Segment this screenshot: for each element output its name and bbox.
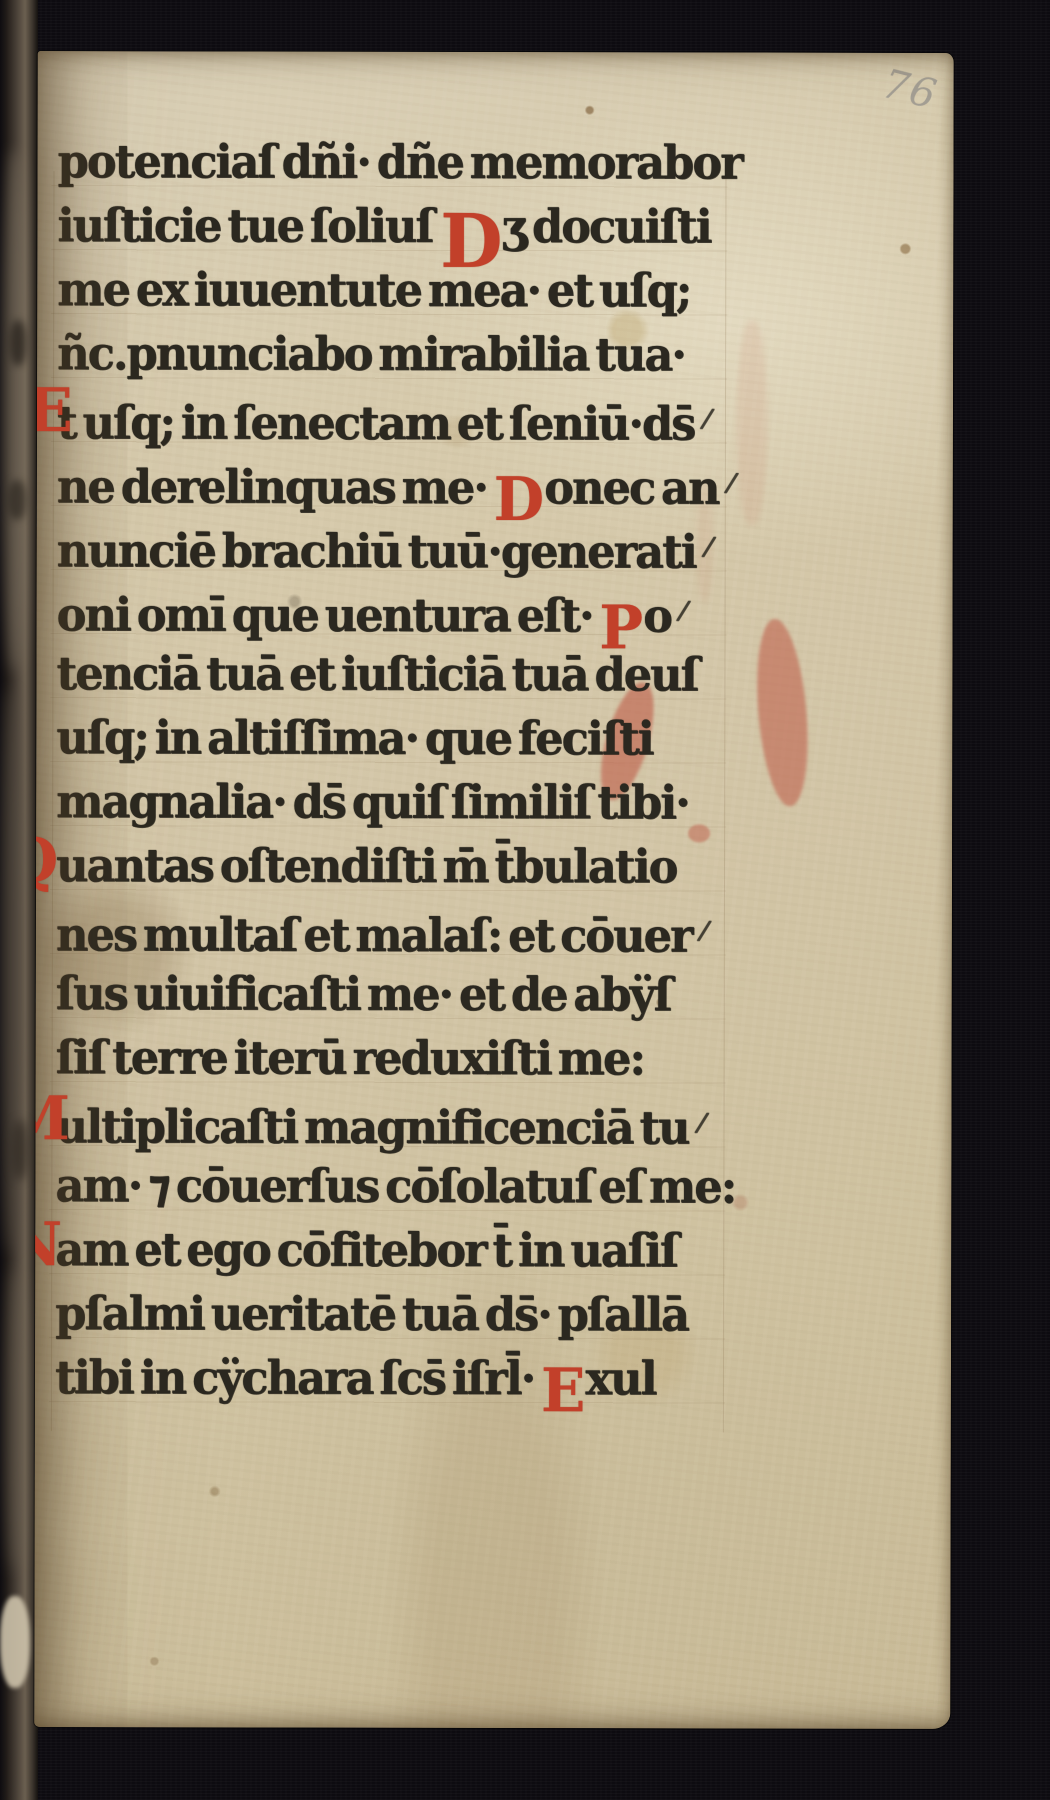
line-end-hyphen: / — [717, 451, 746, 515]
text-segment: nes multaſ et malaſ: et cōuer — [56, 907, 692, 962]
margin-rubric-initial-N: N — [34, 1215, 62, 1275]
text-line-1: potenciaſ dñi· dñe memorabor — [57, 129, 705, 194]
text-segment: tibi in cÿchara ſcs̄ iſrl̄· — [55, 1350, 534, 1405]
text-line-2: iuſticie tue ſoliuſDʒ docuiſti — [57, 193, 705, 258]
text-segment: me ex iuuentute mea· et uſq; — [57, 262, 690, 317]
stacked-pages-strip — [0, 0, 38, 1800]
margin-rubric-initial-M: M — [34, 1089, 70, 1149]
margin-rubric-initial-E: E — [34, 381, 73, 441]
text-segment: nunciē brachiū tuū·generati — [57, 523, 696, 578]
line-end-hyphen: / — [687, 1090, 716, 1154]
line-end-hyphen: / — [690, 898, 719, 962]
text-segment: uantas oſtendiſti m̄ t̄bulatio — [56, 838, 676, 893]
text-line-14: ſus uiuificaſti me· et de abÿſ — [56, 961, 704, 1026]
leaf-corner-below — [0, 1596, 30, 1688]
text-segment: ñc.pnunciabo mirabilia tua· — [57, 326, 685, 381]
line-end-hyphen: / — [670, 578, 699, 642]
text-line-11: magnalia· ds̄ quiſ ſimiliſ tibi· — [56, 769, 704, 834]
leaf-edge-shadow — [10, 320, 26, 366]
text-segment: uſq; in altiſſima· que feciſti — [56, 710, 652, 765]
leaf-edge-shadow — [12, 1120, 28, 1180]
text-line-6: ne derelinquas me·Donec an/ — [57, 449, 705, 514]
text-line-5: t uſq; in ſenectam et ſeniū·ds̄/ — [57, 385, 705, 450]
photograph-background: { "page": { "folio_number": "76", "lines… — [0, 0, 1050, 1800]
text-line-3: me ex iuuentute mea· et uſq; — [57, 257, 705, 322]
text-segment: tenciā tuā et iuſticiā tuā deuſ — [56, 646, 697, 701]
text-line-19: pſalmi ueritatē tuā ds̄· pſallā — [55, 1281, 703, 1346]
text-segment: ſus uiuificaſti me· et de abÿſ — [56, 966, 671, 1021]
ruling-line-vertical-right — [723, 172, 727, 1432]
text-segment: oni omī que uentura eſt· — [57, 587, 593, 642]
text-line-4: ñc.pnunciabo mirabilia tua· — [57, 321, 705, 386]
leaf-edge-shadow — [8, 480, 26, 520]
text-segment: ſiſ terre iterū reduxiſti me: — [56, 1030, 644, 1085]
text-segment: onec an — [544, 460, 718, 514]
text-line-8: oni omī que uentura eſt·Po/ — [57, 577, 705, 642]
text-line-17: am· ⁊ cōuerſus cōſolatuſ eſ me: — [55, 1153, 703, 1218]
text-line-12: uantas oſtendiſti m̄ t̄bulatio — [56, 833, 704, 898]
folio-number: 76 — [878, 61, 942, 119]
line-end-hyphen: / — [694, 514, 723, 578]
text-line-10: uſq; in altiſſima· que feciſti — [56, 705, 704, 770]
rubric-offset-stain — [750, 617, 814, 808]
rubric-offset-streak — [737, 321, 767, 526]
margin-rubric-initial-Q: Q — [34, 831, 58, 891]
text-line-13: nes multaſ et malaſ: et cōuer/ — [56, 897, 704, 962]
text-segment: t uſq; in ſenectam et ſeniū·ds̄ — [57, 395, 695, 450]
text-line-20: tibi in cÿchara ſcs̄ iſrl̄·Exul — [55, 1345, 703, 1410]
text-block: potenciaſ dñi· dñe memoraboriuſticie tue… — [55, 129, 706, 1410]
leaf-edge-highlight — [4, 1270, 28, 1570]
text-segment: ne derelinquas me· — [57, 459, 487, 514]
line-end-hyphen: / — [693, 386, 722, 450]
text-segment: am et ego cōfitebor t̄ in uaſiſ — [55, 1222, 677, 1277]
text-line-18: am et ego cōfitebor t̄ in uaſiſ — [55, 1217, 703, 1282]
text-segment: o — [643, 588, 671, 642]
rubric-initial: E — [541, 1356, 584, 1426]
text-segment: ʒ docuiſti — [502, 199, 711, 253]
text-line-16: ultiplicaſti magnificenciā tu/ — [55, 1089, 703, 1154]
text-segment: ultiplicaſti magnificenciā tu — [55, 1099, 688, 1154]
text-segment: iuſticie tue ſoliuſ — [57, 198, 432, 253]
text-segment: am· ⁊ cōuerſus cōſolatuſ eſ me: — [55, 1158, 735, 1213]
text-segment: potenciaſ dñi· dñe memorabor — [57, 134, 741, 189]
text-segment: magnalia· ds̄ quiſ ſimiliſ tibi· — [56, 774, 689, 829]
text-line-9: tenciā tuā et iuſticiā tuā deuſ — [56, 641, 704, 706]
leaf-edge-highlight — [2, 150, 28, 670]
text-line-7: nunciē brachiū tuū·generati/ — [57, 513, 705, 578]
text-segment: xul — [585, 1351, 655, 1405]
manuscript-page: 76 potenciaſ dñi· dñe memoraboriuſticie … — [34, 51, 954, 1729]
text-line-15: ſiſ terre iterū reduxiſti me: — [56, 1025, 704, 1090]
text-segment: pſalmi ueritatē tuā ds̄· pſallā — [55, 1286, 688, 1341]
